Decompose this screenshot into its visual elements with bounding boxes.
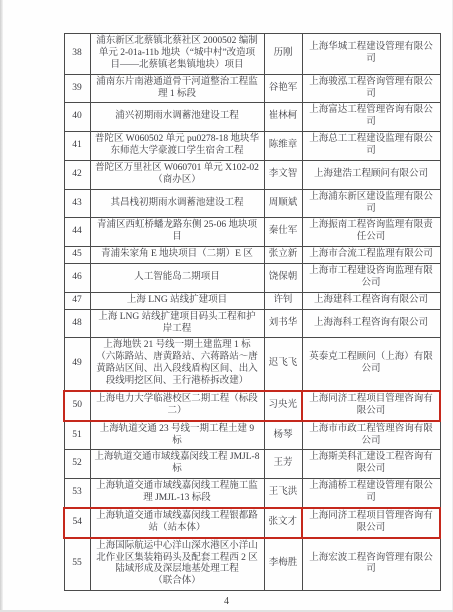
table-row: 44 青浦区西虹桥蟠龙路东侧 25-06 地块项目 秦仕军 上海振南工程咨询监理… [64, 218, 440, 247]
table-row: 41 普陀区 W060502 单元 pu0278-18 地块华东师范大学豪渡口学… [64, 132, 440, 161]
row-number-cell: 38 [64, 34, 90, 75]
table-row: 55 上海国际航运中心洋山深水港区小洋山北作业区集装箱码头及配套工程西 2 区陆… [64, 538, 440, 591]
supervisor-name-cell: 李文智 [264, 160, 302, 189]
supervisor-name-cell: 许钊 [264, 292, 302, 309]
table-row: 42 普陀区万里社区 W060701 单元 X102-02（商办区） 李文智 上… [64, 160, 440, 189]
company-name-cell: 上海同济工程项目管理咨询有限公司 [302, 391, 440, 421]
company-name-cell: 上海建科工程咨询有限公司 [302, 292, 440, 309]
company-name-cell: 上海市合流工程监理有限公司 [302, 247, 440, 264]
company-name-cell: 上海海科工程咨询有限公司 [302, 309, 440, 338]
table-row: 38 浦东新区北蔡镇北蔡社区 2000502 编制单元 2-01a-11b 地块… [64, 34, 440, 75]
company-name-cell: 上海浦桥工程建设管理有限公司 [302, 479, 440, 508]
row-number-cell: 47 [64, 292, 90, 309]
project-name-cell: 普陀区万里社区 W060701 单元 X102-02（商办区） [90, 160, 264, 189]
company-name-cell: 上海骏泓工程咨询管理有限公司 [302, 74, 440, 103]
company-name-cell: 上海建浩工程顾问有限公司 [302, 160, 440, 189]
table-row: 46 人工智能岛二期项目 饶保朝 上海市工程建设咨询监理有限公司 [64, 264, 440, 293]
supervisor-name-cell: 张立新 [264, 247, 302, 264]
row-number-cell: 44 [64, 218, 90, 247]
table-row: 43 其昌栈初期雨水调蓄池建设工程 周顺斌 上海浦东新区建设监理有限公司 [64, 189, 440, 218]
projects-table: 38 浦东新区北蔡镇北蔡社区 2000502 编制单元 2-01a-11b 地块… [63, 33, 441, 591]
table-row: 54 上海轨道交通市域线嘉闵线工程银都路站（站本体） 张文才 上海同济工程项目管… [64, 508, 440, 538]
project-name-cell: 上海轨道交通市域线嘉闵线工程 JMJL-8 标 [90, 450, 264, 479]
project-name-cell: 其昌栈初期雨水调蓄池建设工程 [90, 189, 264, 218]
project-name-cell: 上海轨道交通市域线嘉闵线工程施工监理 JMJL-13 标段 [90, 479, 264, 508]
scan-edge-left [0, 0, 3, 612]
project-name-cell: 青浦区西虹桥蟠龙路东侧 25-06 地块项目 [90, 218, 264, 247]
supervisor-name-cell: 刘书华 [264, 309, 302, 338]
company-name-cell: 上海市市政工程管理咨询有限公司 [302, 421, 440, 450]
supervisor-name-cell: 李梅胜 [264, 538, 302, 591]
table-row: 50 上海电力大学临港校区二期工程（标段二） 习央光 上海同济工程项目管理咨询有… [64, 391, 440, 421]
supervisor-name-cell: 张文才 [264, 508, 302, 538]
table-row: 48 上海 LNG 站线扩建项目码头工程和护岸工程 刘书华 上海海科工程咨询有限… [64, 309, 440, 338]
row-number-cell: 39 [64, 74, 90, 103]
table-row: 47 上海 LNG 站线扩建项目 许钊 上海建科工程咨询有限公司 [64, 292, 440, 309]
company-name-cell: 上海富达工程管理咨询有限公司 [302, 103, 440, 132]
row-number-cell: 48 [64, 309, 90, 338]
company-name-cell: 上海同济工程项目管理咨询有限公司 [302, 508, 440, 538]
company-name-cell: 上海斯美科汇建设工程咨询有限公司 [302, 450, 440, 479]
row-number-cell: 45 [64, 247, 90, 264]
row-number-cell: 52 [64, 450, 90, 479]
row-number-cell: 46 [64, 264, 90, 293]
company-name-cell: 上海市工程建设咨询监理有限公司 [302, 264, 440, 293]
table-row: 52 上海轨道交通市域线嘉闵线工程 JMJL-8 标 王芳 上海斯美科汇建设工程… [64, 450, 440, 479]
supervisor-name-cell: 秦仕军 [264, 218, 302, 247]
row-number-cell: 53 [64, 479, 90, 508]
table-row: 53 上海轨道交通市域线嘉闵线工程施工监理 JMJL-13 标段 王飞洪 上海浦… [64, 479, 440, 508]
supervisor-name-cell: 王飞洪 [264, 479, 302, 508]
project-name-cell: 浦东新区北蔡镇北蔡社区 2000502 编制单元 2-01a-11b 地块（“城… [90, 34, 264, 75]
company-name-cell: 上海华城工程建设管理有限公司 [302, 34, 440, 75]
supervisor-name-cell: 周顺斌 [264, 189, 302, 218]
table-row: 39 浦南东片南港通道骨干河道整治工程监理 1 标段 谷艳军 上海骏泓工程咨询管… [64, 74, 440, 103]
supervisor-name-cell: 崔林柯 [264, 103, 302, 132]
row-number-cell: 51 [64, 421, 90, 450]
project-name-cell: 人工智能岛二期项目 [90, 264, 264, 293]
project-name-cell: 浦南东片南港通道骨干河道整治工程监理 1 标段 [90, 74, 264, 103]
row-number-cell: 55 [64, 538, 90, 591]
row-number-cell: 50 [64, 391, 90, 421]
project-name-cell: 上海轨道交通市域线嘉闵线工程银都路站（站本体） [90, 508, 264, 538]
supervisor-name-cell: 王芳 [264, 450, 302, 479]
supervisor-name-cell: 谷艳军 [264, 74, 302, 103]
project-name-cell: 上海 LNG 站线扩建项目 [90, 292, 264, 309]
project-name-cell: 上海地铁 21 号线一期土建监理 1 标（六陈路站、唐黄路站、六蒋路站～唐黄路站… [90, 338, 264, 391]
row-number-cell: 43 [64, 189, 90, 218]
project-name-cell: 青浦朱家角 E 地块项目（二期）E 区 [90, 247, 264, 264]
row-number-cell: 54 [64, 508, 90, 538]
row-number-cell: 41 [64, 132, 90, 161]
company-name-cell: 上海浦东新区建设监理有限公司 [302, 189, 440, 218]
page-number: 4 [0, 596, 453, 607]
project-name-cell: 浦兴初期雨水调蓄池建设工程 [90, 103, 264, 132]
project-name-cell: 上海 LNG 站线扩建项目码头工程和护岸工程 [90, 309, 264, 338]
company-name-cell: 上海总工工程建设监理有限公司 [302, 132, 440, 161]
company-name-cell: 上海宏波工程咨询管理有限公司 [302, 538, 440, 591]
supervisor-name-cell: 迟飞飞 [264, 338, 302, 391]
scanned-document-page: 38 浦东新区北蔡镇北蔡社区 2000502 编制单元 2-01a-11b 地块… [0, 0, 453, 612]
table-row: 49 上海地铁 21 号线一期土建监理 1 标（六陈路站、唐黄路站、六蒋路站～唐… [64, 338, 440, 391]
project-name-cell: 上海电力大学临港校区二期工程（标段二） [90, 391, 264, 421]
project-name-cell: 普陀区 W060502 单元 pu0278-18 地块华东师范大学豪渡口学生宿舍… [90, 132, 264, 161]
supervisor-name-cell: 饶保朝 [264, 264, 302, 293]
projects-table-body: 38 浦东新区北蔡镇北蔡社区 2000502 编制单元 2-01a-11b 地块… [64, 34, 440, 591]
supervisor-name-cell: 习央光 [264, 391, 302, 421]
project-name-cell: 上海轨道交通 23 号线一期工程土建 9 标 [90, 421, 264, 450]
table-row: 51 上海轨道交通 23 号线一期工程土建 9 标 杨琴 上海市市政工程管理咨询… [64, 421, 440, 450]
project-name-cell: 上海国际航运中心洋山深水港区小洋山北作业区集装箱码头及配套工程西 2 区陆域形成… [90, 538, 264, 591]
supervisor-name-cell: 杨琴 [264, 421, 302, 450]
row-number-cell: 40 [64, 103, 90, 132]
table-row: 40 浦兴初期雨水调蓄池建设工程 崔林柯 上海富达工程管理咨询有限公司 [64, 103, 440, 132]
company-name-cell: 英泰克工程顾问（上海）有限公司 [302, 338, 440, 391]
row-number-cell: 49 [64, 338, 90, 391]
supervisor-name-cell: 历刚 [264, 34, 302, 75]
table-row: 45 青浦朱家角 E 地块项目（二期）E 区 张立新 上海市合流工程监理有限公司 [64, 247, 440, 264]
supervisor-name-cell: 陈维章 [264, 132, 302, 161]
company-name-cell: 上海振南工程咨询监理有限责任公司 [302, 218, 440, 247]
row-number-cell: 42 [64, 160, 90, 189]
